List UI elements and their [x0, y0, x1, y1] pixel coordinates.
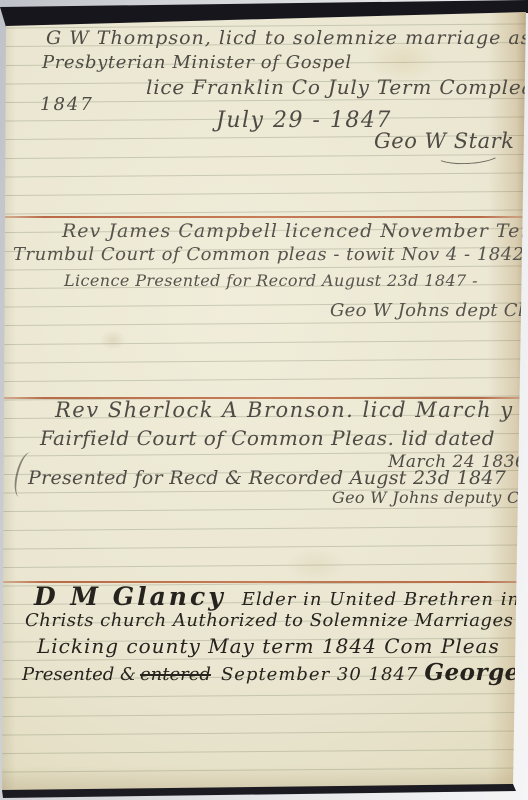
entry1-year-margin: 1847 — [40, 95, 94, 115]
entry4-record-line: Presented &enteredSeptember 30 1847Georg… — [22, 660, 528, 685]
struck-word: entered — [140, 664, 211, 685]
entry4-minister-name: D M Glancy — [34, 582, 226, 611]
entry1-denomination-line: Presbyterian Minister of Gospel — [42, 53, 352, 73]
entry4-county-line: Licking county May term 1844 Com Pleas — [37, 635, 500, 657]
entry4-clerk-signature: George W Stark — [424, 659, 528, 686]
entry3-clerk-signature: Geo W Johns deputy Clk — [332, 489, 528, 507]
entry4-minister-line: D M GlancyElder in United Brethren in — [34, 583, 520, 611]
entry4-record-prefix: Presented & — [22, 664, 136, 685]
entry-divider-line — [2, 216, 523, 218]
entry1-date-line: July 29 - 1847 — [216, 109, 392, 133]
entry4-record-date: September 30 1847 — [221, 664, 418, 685]
entry4-minister-title: Elder in United Brethren in — [242, 589, 520, 610]
entry3-court-line: Fairfield Court of Common Pleas. lid dat… — [40, 427, 495, 449]
entry3-minister-line: Rev Sherlock A Bronson. licd March y 183… — [55, 399, 528, 422]
ledger-page: G W Thompson, licd to solemnize marriage… — [0, 0, 528, 800]
entry4-authorization-line: Christs church Authorized to Solemnize M… — [25, 611, 513, 631]
entry1-court-line: lice Franklin Co July Term Compleas — [146, 76, 528, 98]
entry2-minister-line: Rev James Campbell licenced November Ter… — [62, 221, 528, 242]
entry3-record-line: Presented for Recd & Recorded Augst 23d … — [28, 468, 506, 489]
entry1-minister-line: G W Thompson, licd to solemnize marriage… — [46, 28, 528, 49]
entry2-record-line: Licence Presented for Record August 23d … — [64, 272, 478, 290]
entry2-clerk-signature: Geo W Johns dept Clk — [330, 301, 528, 321]
entry2-court-line: Trumbul Court of Common pleas - towit No… — [13, 245, 525, 265]
photo-background: G W Thompson, licd to solemnize marriage… — [0, 0, 528, 800]
